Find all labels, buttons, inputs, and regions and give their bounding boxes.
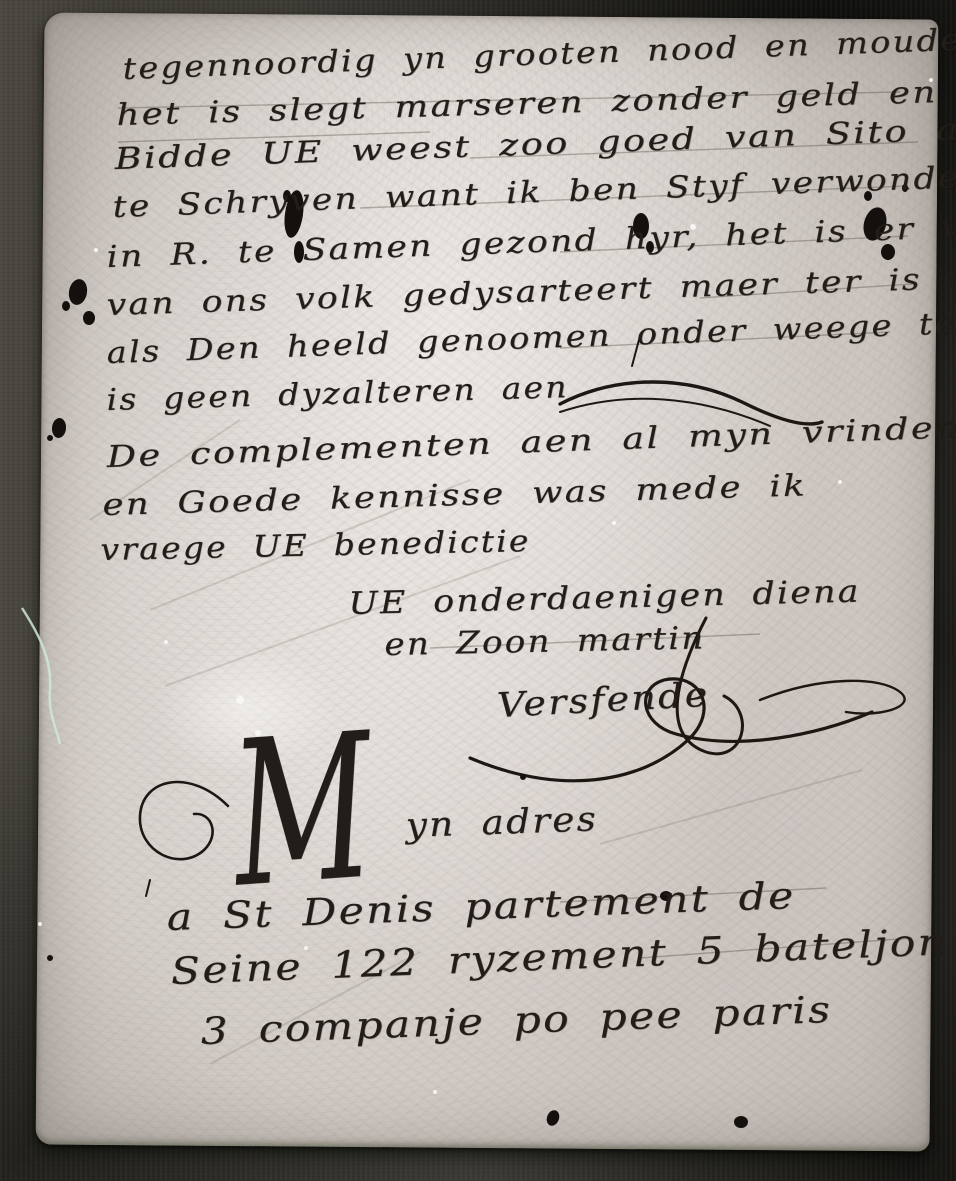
- closing-line: UE onderdaenigen diena: [348, 573, 861, 622]
- signature-line: Versfende: [496, 675, 710, 726]
- address-line: 3 companje po pee paris: [200, 988, 833, 1053]
- letter-line: vraege UE benedictie: [100, 524, 531, 568]
- letter-line: De complementen aen al myn vrinden: [106, 410, 956, 475]
- photo-background: tegennoordig yn grooten nood en mouder -…: [0, 0, 956, 1181]
- address-heading-rest: yn adres: [405, 799, 599, 846]
- closing-line: en Zoon martin: [384, 620, 706, 663]
- letter-text: tegennoordig yn grooten nood en mouder -…: [0, 0, 956, 1181]
- letter-line: en Goede kennisse was mede ik: [102, 468, 807, 523]
- letter-line: is geen dyzalteren aen: [106, 370, 569, 418]
